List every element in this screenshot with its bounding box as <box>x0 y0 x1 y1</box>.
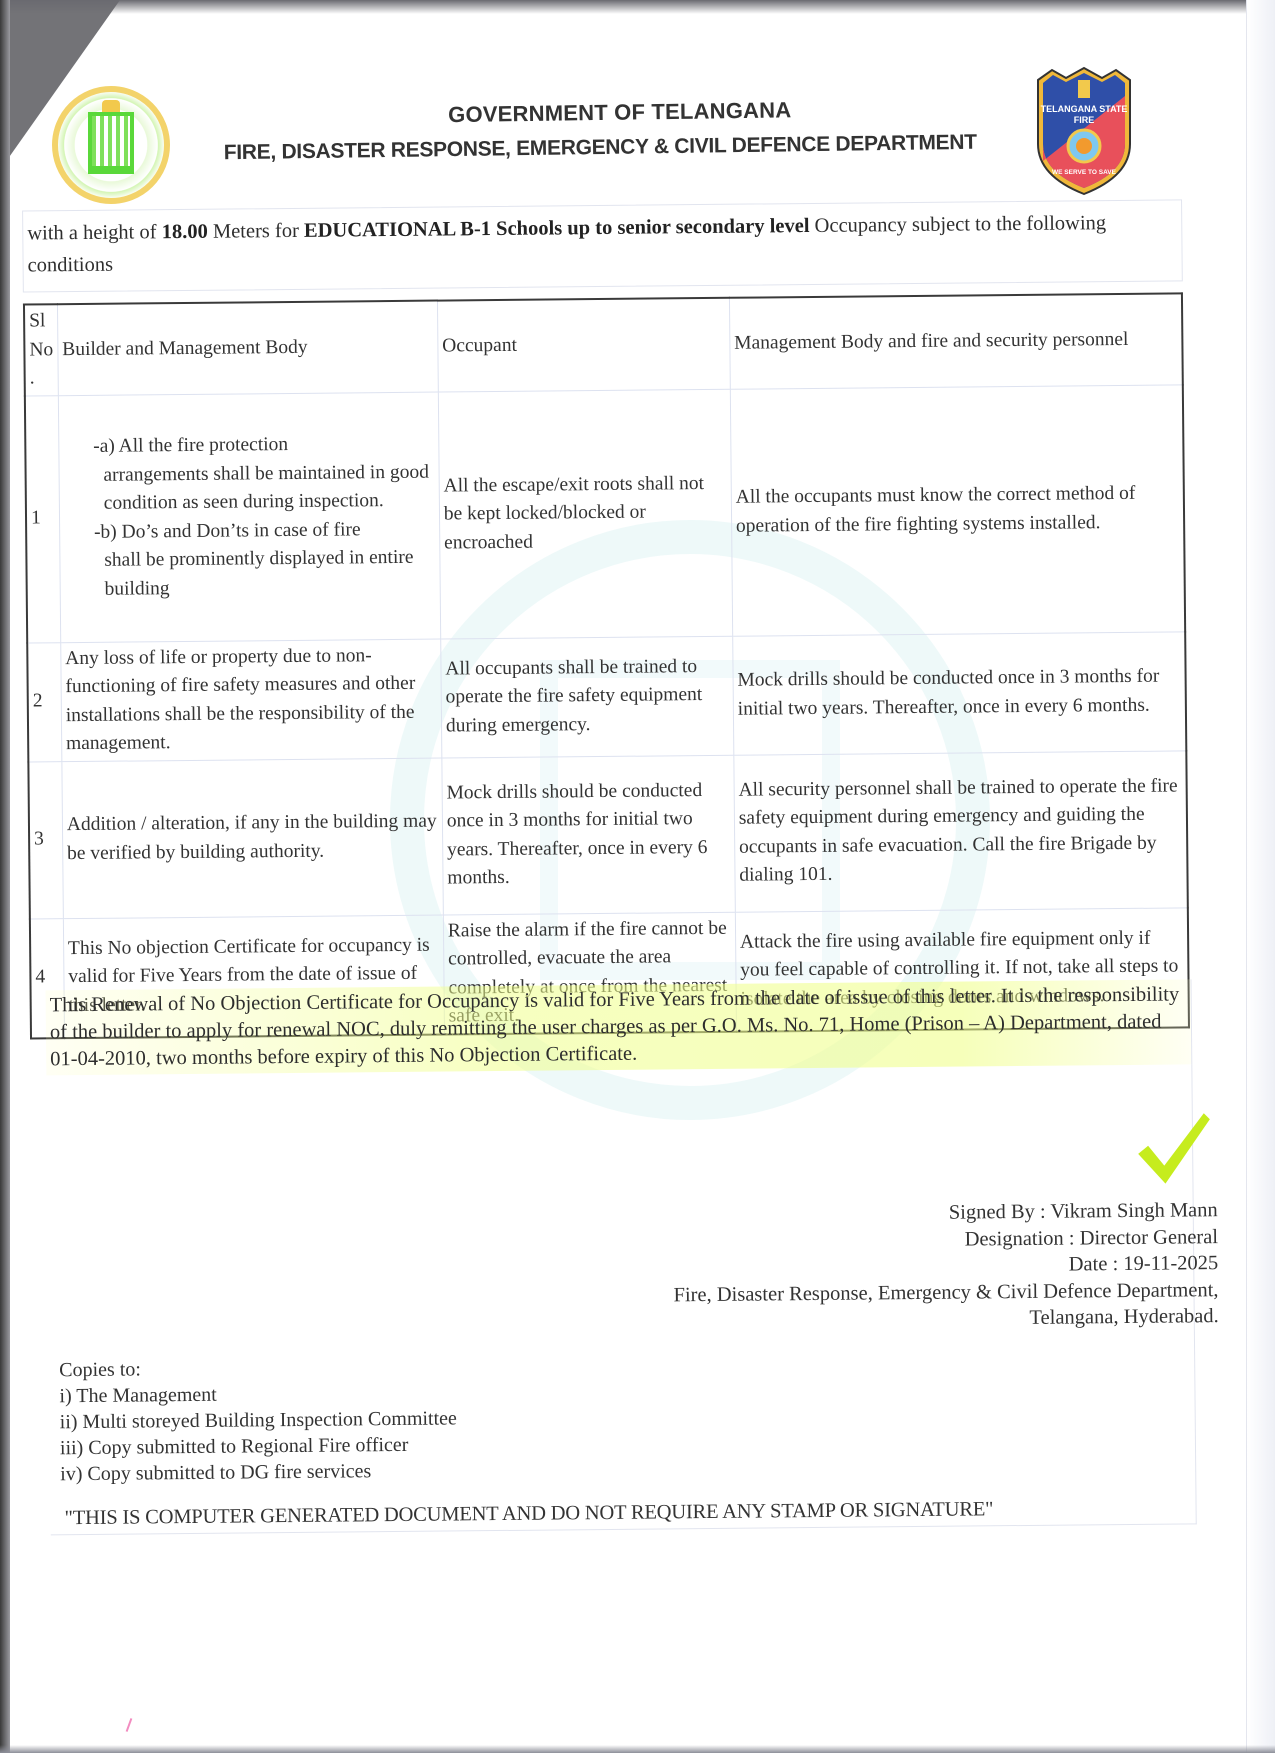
list-item: iv) Copy submitted to DG fire services <box>60 1457 457 1487</box>
building-height: 18.00 <box>162 221 208 243</box>
header-sl-no: Sl No . <box>24 304 58 395</box>
check-mark-icon <box>1134 1109 1213 1188</box>
builder-condition: Any loss of life or property due to non-… <box>61 639 442 762</box>
management-condition: All security personnel shall be trained … <box>734 750 1188 911</box>
occupancy-intro: with a height of 18.00 Meters for EDUCAT… <box>22 199 1183 292</box>
builder-condition: -a) All the fire protection arrangements… <box>58 392 440 643</box>
list-item: iii) Copy submitted to Regional Fire off… <box>60 1431 457 1461</box>
header-management: Management Body and fire and security pe… <box>729 293 1183 388</box>
document-body: with a height of 18.00 Meters for EDUCAT… <box>0 0 1275 1753</box>
occupancy-type: EDUCATIONAL B-1 Schools up to senior sec… <box>304 215 810 242</box>
sl-no: 1 <box>25 395 61 642</box>
management-condition: All the occupants must know the correct … <box>730 384 1185 635</box>
management-condition: Mock drills should be conducted once in … <box>733 631 1187 754</box>
occupant-condition: All occupants shall be trained to operat… <box>441 636 734 758</box>
occupant-condition: Mock drills should be conducted once in … <box>442 755 735 915</box>
header-occupant: Occupant <box>437 298 730 392</box>
renewal-validity-note: This Renewal of No Objection Certificate… <box>46 979 1193 1075</box>
conditions-table: Sl No . Builder and Management Body Occu… <box>23 292 1190 1039</box>
copies-to-list: Copies to: i) The Management ii) Multi s… <box>59 1353 457 1487</box>
list-item: ii) Multi storeyed Building Inspection C… <box>60 1405 457 1435</box>
list-item: i) The Management <box>59 1379 456 1409</box>
signature-block: Signed By : Vikram Singh Mann Designatio… <box>570 1197 1219 1336</box>
header-builder: Builder and Management Body <box>57 301 438 396</box>
table-row: 2 Any loss of life or property due to no… <box>27 631 1186 761</box>
table-row: 1 -a) All the fire protection arrangemen… <box>25 384 1185 642</box>
sl-no: 2 <box>27 642 61 761</box>
table-row: 3 Addition / alteration, if any in the b… <box>28 750 1187 918</box>
occupant-condition: All the escape/exit roots shall not be k… <box>438 389 732 639</box>
copies-heading: Copies to: <box>59 1353 456 1383</box>
sl-no: 3 <box>28 761 63 918</box>
table-header-row: Sl No . Builder and Management Body Occu… <box>24 293 1183 395</box>
builder-condition: Addition / alteration, if any in the bui… <box>62 758 443 919</box>
